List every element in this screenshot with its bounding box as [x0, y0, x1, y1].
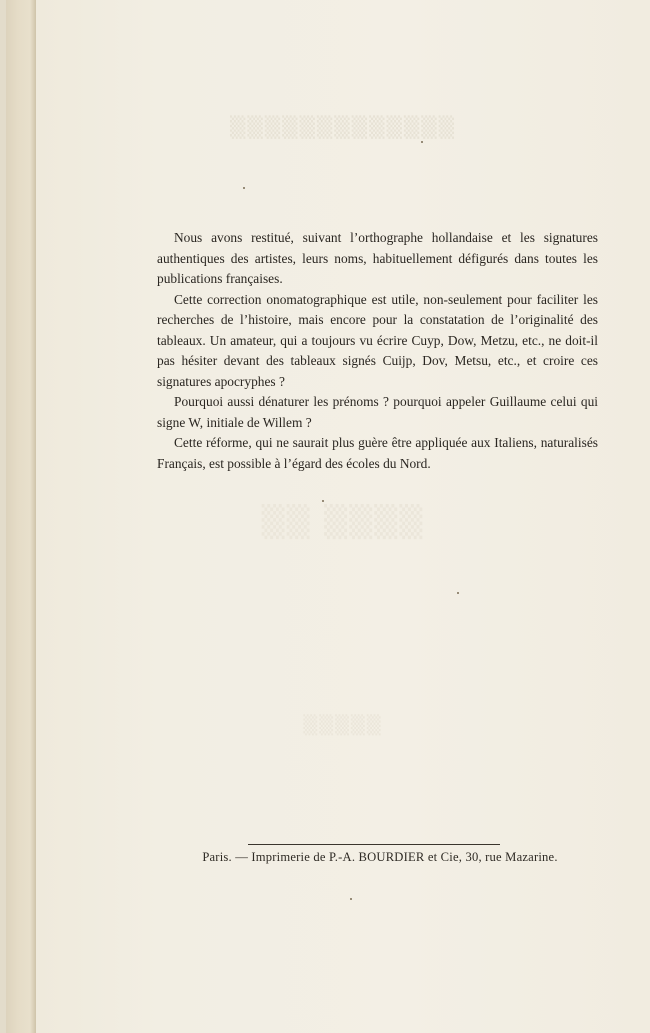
paragraph: Nous avons restitué, suivant l’orthograp…: [157, 228, 598, 290]
paper-speck: [322, 500, 324, 502]
paragraph: Cette correction onomatographique est ut…: [157, 290, 598, 393]
printer-imprint: Paris. — Imprimerie de P.-A. BOURDIER et…: [150, 850, 610, 865]
paragraph: Cette réforme, qui ne saurait plus guère…: [157, 433, 598, 474]
page: [36, 0, 650, 1033]
paper-speck: [350, 898, 352, 900]
paper-speck: [421, 141, 423, 143]
paper-speck: [243, 187, 245, 189]
divider-rule: [248, 844, 500, 845]
body-text: Nous avons restitué, suivant l’orthograp…: [157, 228, 598, 474]
book-gutter: [6, 0, 36, 1033]
paper-speck: [457, 592, 459, 594]
paragraph: Pourquoi aussi dénaturer les prénoms ? p…: [157, 392, 598, 433]
